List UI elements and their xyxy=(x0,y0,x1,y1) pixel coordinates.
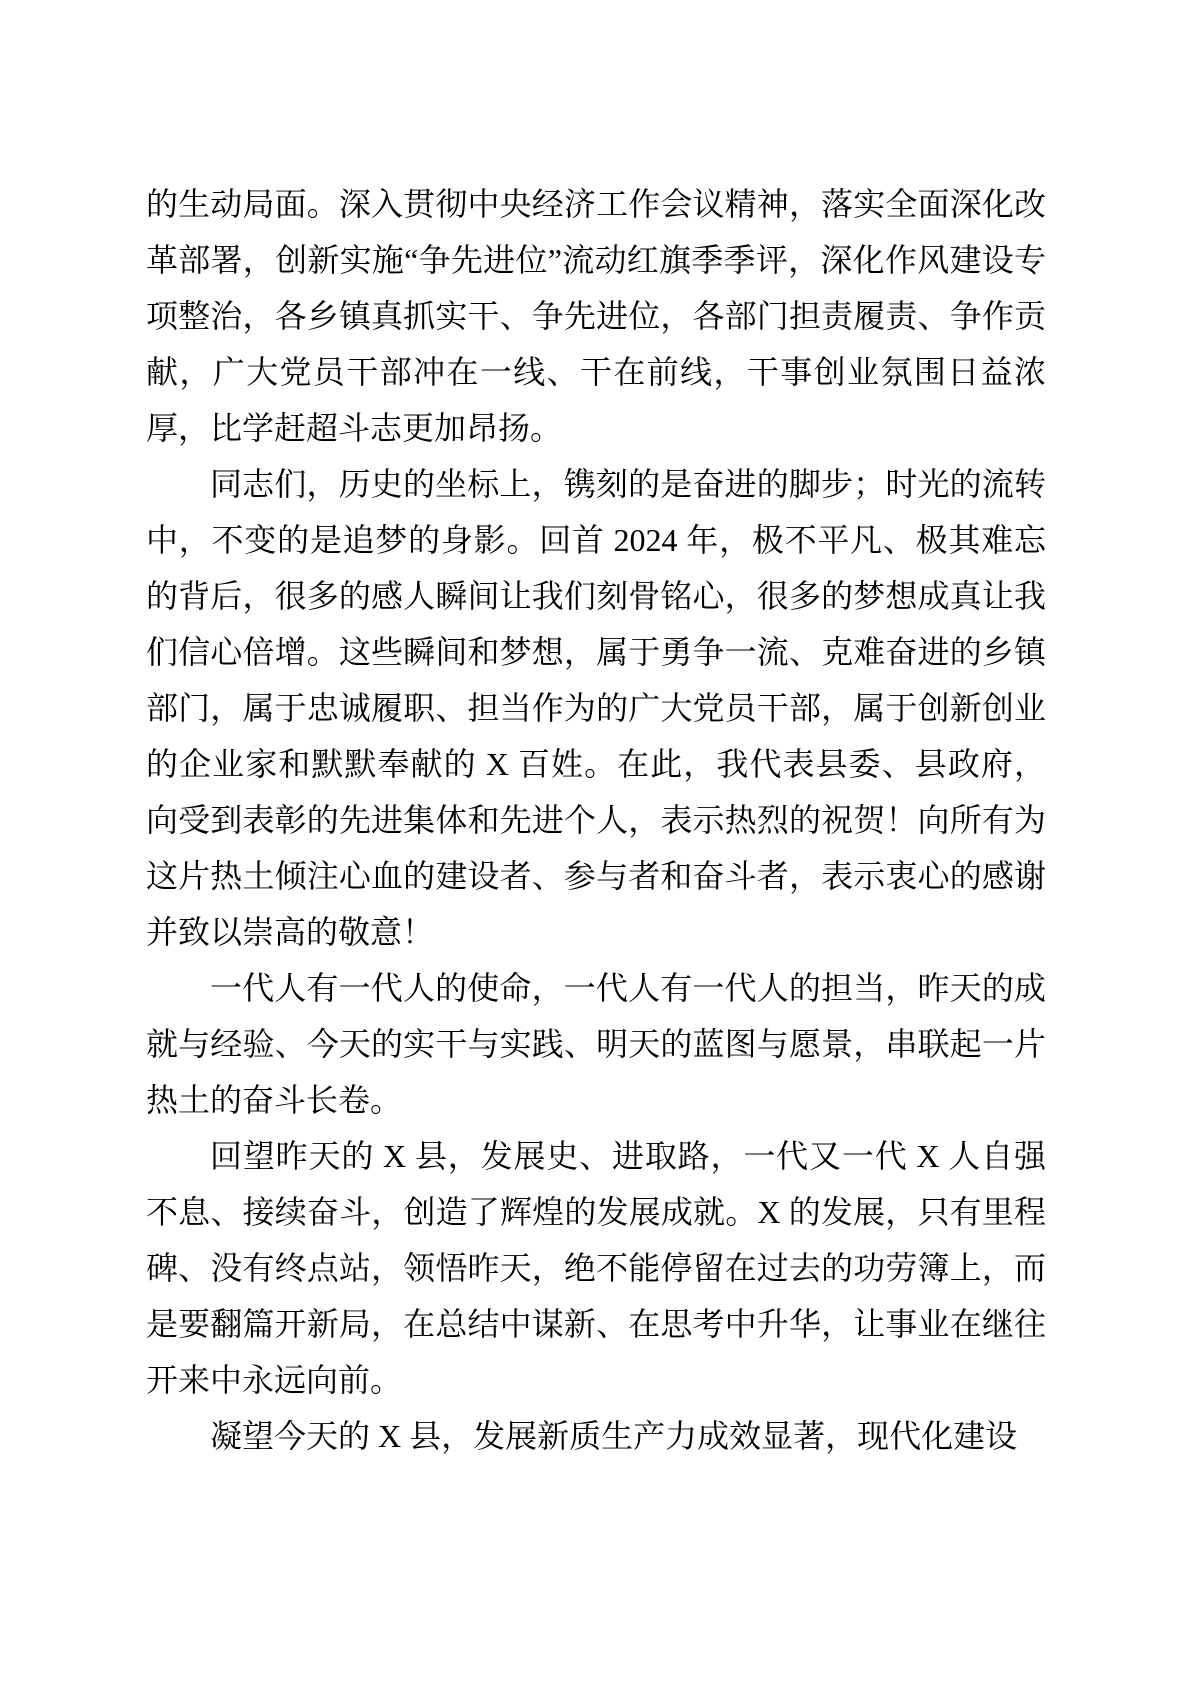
paragraph: 的生动局面。深入贯彻中央经济工作会议精神，落实全面深化改革部署，创新实施“争先进… xyxy=(146,176,1046,456)
paragraph: 凝望今天的 X 县，发展新质生产力成效显著，现代化建设 xyxy=(146,1408,1046,1464)
paragraph: 回望昨天的 X 县，发展史、进取路，一代又一代 X 人自强不息、接续奋斗，创造了… xyxy=(146,1128,1046,1408)
document-page: 的生动局面。深入贯彻中央经济工作会议精神，落实全面深化改革部署，创新实施“争先进… xyxy=(0,0,1190,1683)
paragraph: 一代人有一代人的使命，一代人有一代人的担当，昨天的成就与经验、今天的实干与实践、… xyxy=(146,960,1046,1128)
document-body: 的生动局面。深入贯彻中央经济工作会议精神，落实全面深化改革部署，创新实施“争先进… xyxy=(146,176,1046,1464)
paragraph: 同志们，历史的坐标上，镌刻的是奋进的脚步；时光的流转中，不变的是追梦的身影。回首… xyxy=(146,456,1046,960)
